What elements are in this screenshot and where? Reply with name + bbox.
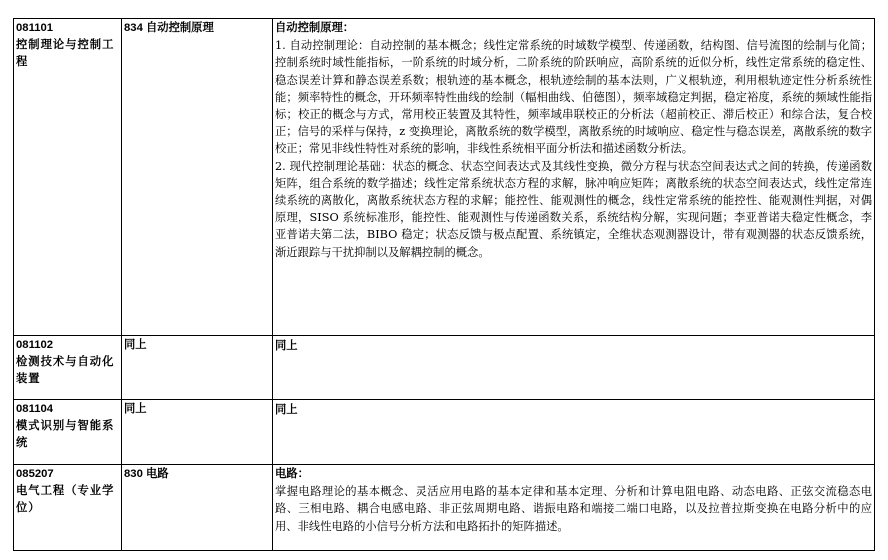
exam-subject-cell: 834 自动控制原理 [122,19,273,336]
content-cell: 自动控制原理： 1. 自动控制理论：自动控制的基本概念；线性定常系统的时域数学模… [273,19,875,336]
major-code: 081102 [16,337,119,354]
major-name: 检测技术与自动化装置 [16,354,119,388]
content-paragraph: 2. 现代控制理论基础：状态的概念、状态空间表达式及其线性变换，微分方程与状态空… [275,158,872,261]
table-row: 081101 控制理论与控制工程 834 自动控制原理 自动控制原理： 1. 自… [14,19,875,336]
major-code: 081101 [16,20,119,37]
content-paragraph: 掌握电路理论的基本概念、灵活应用电路的基本定律和基本定理、分析和计算电阻电路、动… [275,483,872,535]
content-title: 自动控制原理： [275,20,872,37]
content-cell: 同上 [273,336,875,400]
exam-subject: 830 电路 [124,468,169,480]
exam-subject-cell: 830 电路 [122,465,273,551]
exam-subject: 同上 [124,339,147,351]
syllabus-table: 081101 控制理论与控制工程 834 自动控制原理 自动控制原理： 1. 自… [13,18,875,551]
table-row: 081104 模式识别与智能系统 同上 同上 [14,400,875,465]
content-cell: 电路： 掌握电路理论的基本概念、灵活应用电路的基本定律和基本定理、分析和计算电阻… [273,465,875,551]
major-name: 电气工程（专业学位） [16,483,119,517]
content-paragraph: 1. 自动控制理论：自动控制的基本概念；线性定常系统的时域数学模型、传递函数，结… [275,37,872,157]
major-cell: 085207 电气工程（专业学位） [14,465,122,551]
exam-subject: 834 自动控制原理 [124,22,214,34]
major-cell: 081101 控制理论与控制工程 [14,19,122,336]
exam-subject-cell: 同上 [122,400,273,465]
major-cell: 081104 模式识别与智能系统 [14,400,122,465]
content-same: 同上 [275,404,298,416]
exam-subject-cell: 同上 [122,336,273,400]
major-code: 085207 [16,466,119,483]
table-row: 085207 电气工程（专业学位） 830 电路 电路： 掌握电路理论的基本概念… [14,465,875,551]
content-title: 电路： [275,466,872,483]
exam-subject: 同上 [124,403,147,415]
major-cell: 081102 检测技术与自动化装置 [14,336,122,400]
content-cell: 同上 [273,400,875,465]
major-name: 模式识别与智能系统 [16,418,119,452]
major-code: 081104 [16,401,119,418]
content-same: 同上 [275,340,298,352]
major-name: 控制理论与控制工程 [16,37,119,71]
table-row: 081102 检测技术与自动化装置 同上 同上 [14,336,875,400]
